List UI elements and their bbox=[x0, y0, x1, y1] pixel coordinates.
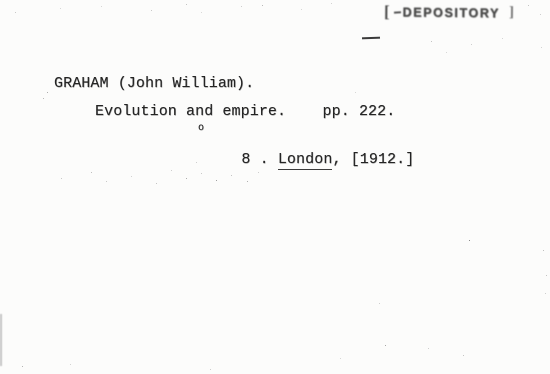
pencil-dash-mark bbox=[362, 37, 380, 40]
imprint-line: 8o . London, [1912.] bbox=[205, 137, 414, 182]
stamp-left-bracket: [ bbox=[384, 3, 390, 20]
publication-year: , [1912.] bbox=[332, 151, 414, 168]
catalogue-card: [ DEPOSITORY ] GRAHAM (John William). Ev… bbox=[0, 0, 550, 374]
depository-stamp: [ DEPOSITORY ] bbox=[384, 3, 514, 21]
stamp-dash-mark bbox=[394, 11, 401, 13]
format-superscript-o: o bbox=[198, 124, 204, 134]
publication-place: London bbox=[278, 151, 333, 170]
left-edge-smudge bbox=[0, 314, 2, 366]
scan-noise-speckles bbox=[0, 0, 1, 1]
stamp-right-bracket: ] bbox=[509, 6, 514, 21]
format-numeral: 8 bbox=[241, 151, 250, 168]
author-heading: GRAHAM (John William). bbox=[54, 76, 254, 91]
title-and-pagination: Evolution and empire. pp. 222. bbox=[95, 104, 395, 119]
stamp-label: DEPOSITORY bbox=[403, 6, 500, 22]
imprint-separator: . bbox=[251, 151, 278, 168]
